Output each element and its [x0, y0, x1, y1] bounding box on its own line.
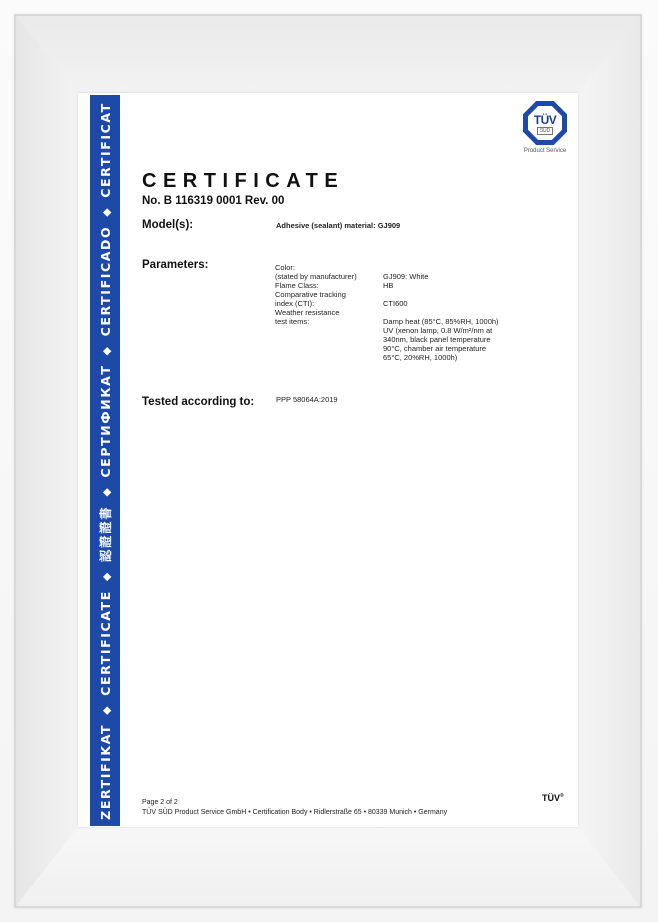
parameter-row: index (CTI):CTI600	[275, 299, 513, 308]
parameter-key	[275, 353, 383, 362]
page-number: Page 2 of 2	[142, 799, 178, 806]
footer-tuv-mark: TÜV®	[542, 793, 564, 803]
parameter-value	[383, 263, 513, 272]
band-word: CERTIFICATE	[98, 590, 113, 696]
frame-bevel-top	[16, 16, 640, 93]
parameter-value: 90°C, chamber air temperature	[383, 344, 513, 353]
tuv-sud-logo: TÜV SÜD Product Service	[519, 101, 571, 167]
certificate-title: CERTIFICATE	[142, 170, 344, 193]
diamond-separator-icon: ◆	[100, 704, 113, 714]
diamond-separator-icon: ◆	[100, 571, 113, 581]
parameter-row: 340nm, black panel temperature	[275, 335, 513, 344]
parameters-label: Parameters:	[142, 259, 208, 271]
frame-bevel-left	[16, 16, 78, 906]
band-word: СЕРТИФИКАТ	[98, 364, 113, 477]
band-word: CERTIFICAT	[98, 102, 113, 198]
parameter-value: CTI600	[383, 299, 513, 308]
parameters-table: Color:(stated by manufacturer)GJ909: Whi…	[275, 263, 513, 362]
issuer-address: TÜV SÜD Product Service GmbH • Certifica…	[142, 809, 447, 816]
parameter-row: Color:	[275, 263, 513, 272]
parameter-row: test items:Damp heat (85°C, 85%RH, 1000h…	[275, 317, 513, 326]
parameter-value: 340nm, black panel temperature	[383, 335, 513, 344]
parameter-key: Flame Class:	[275, 281, 383, 290]
certificate-side-band: ZERTIFIKAT◆CERTIFICATE◆認證證書◆СЕРТИФИКАТ◆C…	[90, 95, 120, 826]
diamond-separator-icon: ◆	[100, 486, 113, 496]
parameter-key: test items:	[275, 317, 383, 326]
parameter-row: (stated by manufacturer)GJ909: White	[275, 272, 513, 281]
tuv-octagon-icon: TÜV SÜD	[523, 101, 567, 145]
certificate-document: ZERTIFIKAT◆CERTIFICATE◆認證證書◆СЕРТИФИКАТ◆C…	[78, 93, 578, 827]
parameter-value: HB	[383, 281, 513, 290]
parameter-row: 90°C, chamber air temperature	[275, 344, 513, 353]
parameter-value: 65°C, 20%RH, 1000h)	[383, 353, 513, 362]
tested-standard: PPP 58064A:2019	[276, 395, 338, 404]
models-label: Model(s):	[142, 219, 193, 231]
parameter-value	[383, 308, 513, 317]
diamond-separator-icon: ◆	[100, 345, 113, 355]
diamond-separator-icon: ◆	[100, 206, 113, 216]
tested-label: Tested according to:	[142, 396, 254, 408]
parameter-key	[275, 344, 383, 353]
parameter-key: Comparative tracking	[275, 290, 383, 299]
frame-bevel-bottom	[16, 827, 640, 906]
parameter-value: Damp heat (85°C, 85%RH, 1000h)	[383, 317, 513, 326]
parameter-row: Flame Class:HB	[275, 281, 513, 290]
parameter-key: Color:	[275, 263, 383, 272]
logo-caption: Product Service	[519, 148, 571, 154]
band-word: CERTIFICADO	[98, 225, 113, 336]
band-word: 認證證書	[98, 505, 113, 561]
parameter-key: (stated by manufacturer)	[275, 272, 383, 281]
parameter-key: index (CTI):	[275, 299, 383, 308]
models-value: Adhesive (sealant) material: GJ909	[276, 221, 400, 230]
parameter-key	[275, 326, 383, 335]
parameter-value: UV (xenon lamp, 0.8 W/m²/nm at	[383, 326, 513, 335]
parameter-row: Weather resistance	[275, 308, 513, 317]
certificate-number: No. B 116319 0001 Rev. 00	[142, 195, 284, 207]
band-word: ZERTIFIKAT	[98, 723, 113, 819]
parameter-value	[383, 290, 513, 299]
logo-sub: SÜD	[537, 127, 553, 135]
parameter-row: Comparative tracking	[275, 290, 513, 299]
frame-bevel-right	[578, 16, 640, 906]
parameter-row: 65°C, 20%RH, 1000h)	[275, 353, 513, 362]
logo-mark: TÜV	[528, 113, 562, 127]
side-band-text: ZERTIFIKAT◆CERTIFICATE◆認證證書◆СЕРТИФИКАТ◆C…	[96, 102, 114, 820]
parameter-key	[275, 335, 383, 344]
parameter-row: UV (xenon lamp, 0.8 W/m²/nm at	[275, 326, 513, 335]
parameter-key: Weather resistance	[275, 308, 383, 317]
parameter-value: GJ909: White	[383, 272, 513, 281]
